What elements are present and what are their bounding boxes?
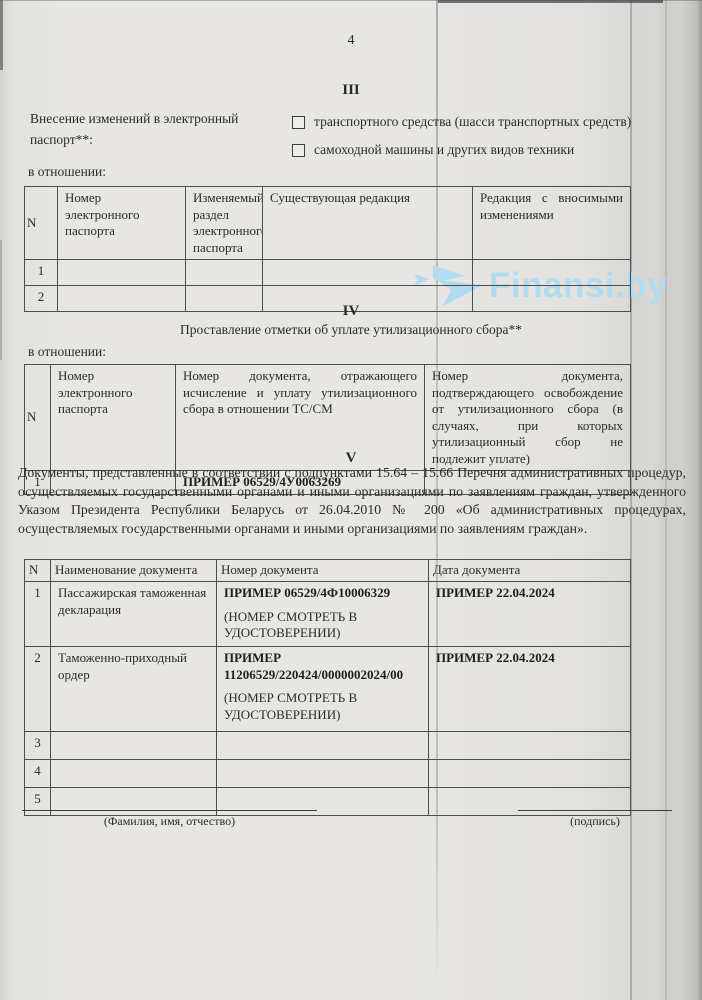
- row-number: 5: [25, 788, 51, 816]
- cell-doc-name: [51, 732, 217, 760]
- col-header-n: N: [25, 187, 58, 260]
- option-transport-row: транспортного средства (шасси транспортн…: [292, 114, 631, 130]
- cell-new: [473, 260, 631, 286]
- table-row: 1: [25, 260, 631, 286]
- table-row: 1 Пассажирская таможенная декларация ПРИ…: [25, 582, 631, 647]
- cell-doc-date: [429, 788, 631, 816]
- section-iv-heading: IV: [0, 303, 702, 320]
- signature-caption: (подпись): [518, 814, 672, 829]
- cell-doc-number: ПРИМЕР 11206529/220424/0000002024/00 (НО…: [217, 647, 429, 732]
- doc-number-note: (НОМЕР СМОТРЕТЬ В УДОСТОВЕРЕНИИ): [224, 609, 421, 642]
- changes-table: N Номер электронного паспорта Изменяемый…: [24, 186, 631, 312]
- col-header-doc-name: Наименование документа: [51, 560, 217, 582]
- page-number: 4: [0, 33, 702, 49]
- cell-doc-number: [217, 788, 429, 816]
- section-iii-heading: III: [0, 82, 702, 99]
- section-iv-subtitle: Проставление отметки об уплате утилизаци…: [0, 322, 702, 338]
- cell-doc-name: [51, 760, 217, 788]
- cell-doc-name: [51, 788, 217, 816]
- cell-passport: [58, 260, 186, 286]
- in-relation-label-2: в отношении:: [28, 344, 106, 360]
- section-iii-intro: Внесение изменений в электронный паспорт…: [30, 108, 292, 150]
- cell-doc-date: [429, 732, 631, 760]
- scanned-form-page: Finansi.by 4 III Внесение изменений в эл…: [0, 0, 702, 1000]
- option-transport-label: транспортного средства (шасси транспортн…: [314, 114, 631, 130]
- col-header-doc-number: Номер документа: [217, 560, 429, 582]
- documents-table-header-row: N Наименование документа Номер документа…: [25, 560, 631, 582]
- name-caption: (Фамилия, имя, отчество): [22, 814, 317, 829]
- row-number: 3: [25, 732, 51, 760]
- cell-doc-date: ПРИМЕР 22.04.2024: [429, 582, 631, 647]
- col-header-new-version: Редакция с вносимыми изменениями: [473, 187, 631, 260]
- col-header-existing-version: Существующая редакция: [263, 187, 473, 260]
- section-v-paragraph: Документы, представленные в соответствии…: [18, 464, 686, 538]
- cell-doc-date: [429, 760, 631, 788]
- checkbox-transport[interactable]: [292, 116, 305, 129]
- doc-number-note: (НОМЕР СМОТРЕТЬ В УДОСТОВЕРЕНИИ): [224, 690, 421, 723]
- col-header-passport-number: Номер электронного паспорта: [58, 187, 186, 260]
- row-number: 4: [25, 760, 51, 788]
- option-machine-label: самоходной машины и других видов техники: [314, 142, 574, 158]
- table-row: 3: [25, 732, 631, 760]
- col-header-changed-section: Изменяемый раздел электронного паспорта: [186, 187, 263, 260]
- documents-table: N Наименование документа Номер документа…: [24, 559, 631, 816]
- cell-section: [186, 260, 263, 286]
- checkbox-machine[interactable]: [292, 144, 305, 157]
- cell-doc-number: [217, 760, 429, 788]
- cell-existing: [263, 260, 473, 286]
- row-number: 1: [25, 260, 58, 286]
- table-row: 5: [25, 788, 631, 816]
- left-edge-shadow-2: [0, 240, 2, 360]
- cell-doc-name: Таможенно-приходный ордер: [51, 647, 217, 732]
- row-number: 2: [25, 647, 51, 732]
- cell-doc-number: [217, 732, 429, 760]
- col-header-doc-date: Дата документа: [429, 560, 631, 582]
- signature-line: [518, 810, 672, 811]
- cell-doc-date: ПРИМЕР 22.04.2024: [429, 647, 631, 732]
- cell-doc-name: Пассажирская таможенная декларация: [51, 582, 217, 647]
- cell-doc-number: ПРИМЕР 06529/4Ф10006329 (НОМЕР СМОТРЕТЬ …: [217, 582, 429, 647]
- table-row: 2 Таможенно-приходный ордер ПРИМЕР 11206…: [25, 647, 631, 732]
- row-number: 1: [25, 582, 51, 647]
- col-header-n: N: [25, 560, 51, 582]
- in-relation-label-1: в отношении:: [28, 164, 106, 180]
- top-edge-shadow: [438, 0, 663, 3]
- name-signature-line: [22, 810, 317, 811]
- option-machine-row: самоходной машины и других видов техники: [292, 142, 574, 158]
- doc-number-value: ПРИМЕР 06529/4Ф10006329: [224, 585, 421, 602]
- changes-table-header-row: N Номер электронного паспорта Изменяемый…: [25, 187, 631, 260]
- doc-number-value: ПРИМЕР 11206529/220424/0000002024/00: [224, 650, 421, 683]
- table-row: 4: [25, 760, 631, 788]
